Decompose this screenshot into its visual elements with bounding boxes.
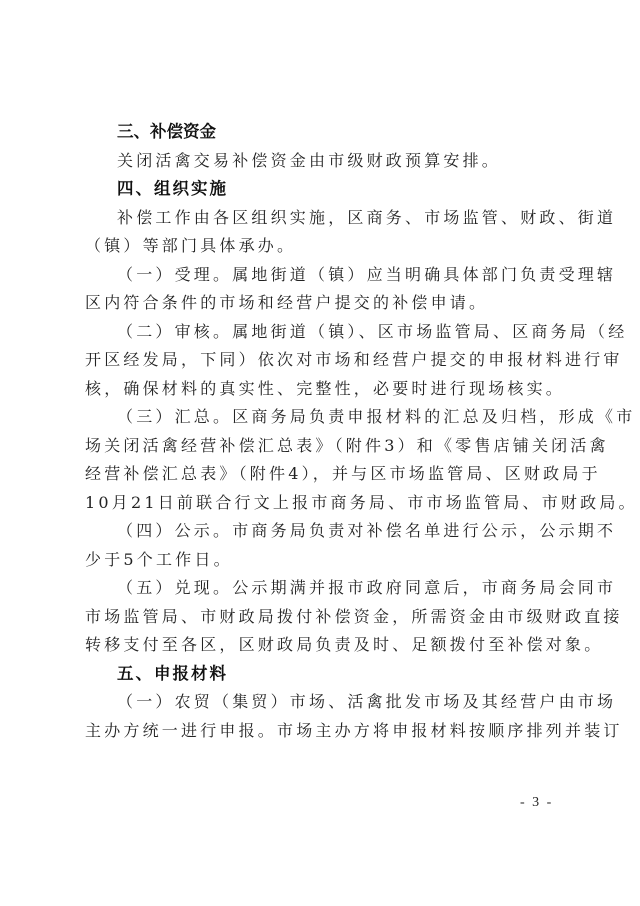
paragraph-line: 区内符合条件的市场和经营户提交的补偿申请。 xyxy=(85,289,557,318)
paragraph-line: 少于5个工作日。 xyxy=(85,546,557,575)
paragraph-line: （一）农贸（集贸）市场、活禽批发市场及其经营户由市场 xyxy=(85,688,557,717)
page-number: - 3 - xyxy=(520,795,553,811)
section-heading-materials: 五、申报材料 xyxy=(85,660,557,689)
paragraph-line: （二）审核。属地街道（镇）、区市场监管局、区商务局（经 xyxy=(85,318,557,347)
paragraph-line: 补偿工作由各区组织实施，区商务、市场监管、财政、街道 xyxy=(85,204,557,233)
paragraph-line: （一）受理。属地街道（镇）应当明确具体部门负责受理辖 xyxy=(85,261,557,290)
paragraph-line: 转移支付至各区，区财政局负责及时、足额拨付至补偿对象。 xyxy=(85,631,557,660)
paragraph-line: （五）兑现。公示期满并报市政府同意后，市商务局会同市 xyxy=(85,574,557,603)
paragraph-line: 开区经发局，下同）依次对市场和经营户提交的申报材料进行审 xyxy=(85,346,557,375)
paragraph-line: 关闭活禽交易补偿资金由市级财政预算安排。 xyxy=(85,147,557,176)
section-heading-implementation: 四、组织实施 xyxy=(85,175,557,204)
paragraph-line: 经营补偿汇总表》（附件4），并与区市场监管局、区财政局于 xyxy=(85,460,557,489)
paragraph-line: 核，确保材料的真实性、完整性，必要时进行现场核实。 xyxy=(85,375,557,404)
paragraph-line: 10月21日前联合行文上报市商务局、市市场监管局、市财政局。 xyxy=(85,489,557,518)
paragraph-line: 场关闭活禽经营补偿汇总表》（附件3）和《零售店铺关闭活禽 xyxy=(85,432,557,461)
paragraph-line: 主办方统一进行申报。市场主办方将申报材料按顺序排列并装订 xyxy=(85,717,557,746)
paragraph-line: （四）公示。市商务局负责对补偿名单进行公示，公示期不 xyxy=(85,517,557,546)
paragraph-line: （三）汇总。区商务局负责申报材料的汇总及归档，形成《市 xyxy=(85,403,557,432)
section-heading-funding: 三、补偿资金 xyxy=(85,118,557,147)
paragraph-line: （镇）等部门具体承办。 xyxy=(85,232,557,261)
paragraph-line: 市场监管局、市财政局拨付补偿资金，所需资金由市级财政直接 xyxy=(85,603,557,632)
document-page: 三、补偿资金 关闭活禽交易补偿资金由市级财政预算安排。 四、组织实施 补偿工作由… xyxy=(85,118,557,745)
